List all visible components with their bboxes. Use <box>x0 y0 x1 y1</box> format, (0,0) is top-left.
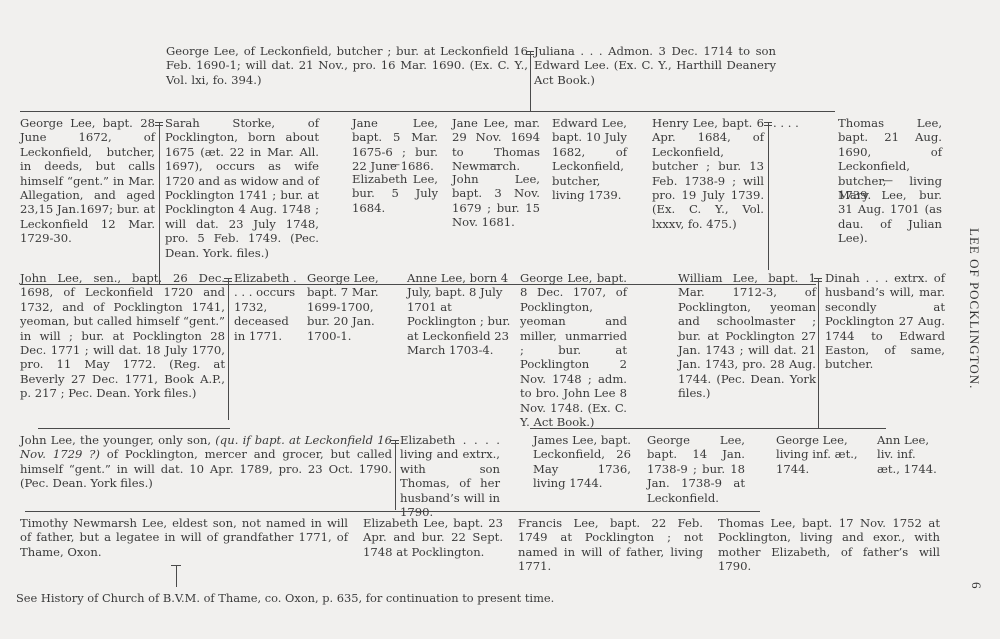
person-george-lee-inf: George Lee, living inf. æt., 1744. <box>776 433 860 476</box>
sibling-bar-gen5 <box>25 511 760 512</box>
person-william-lee: William Lee, bapt. 1 Mar. 1712-3, of Poc… <box>678 271 816 401</box>
sibling-bar-gen4a <box>38 428 230 429</box>
person-henry-lee: Henry Lee, bapt. 6 Apr. 1684, of Leckonf… <box>652 116 764 231</box>
person-edward-lee: Edward Lee, bapt. 10 July 1682, of Lecko… <box>552 116 627 202</box>
person-sarah-storke: Sarah Storke, of Pocklington, born about… <box>165 116 319 260</box>
person-james-lee: James Lee, bapt. Leckonfield, 26 May 173… <box>533 433 631 491</box>
page-number: 6 <box>968 582 984 590</box>
sibling-bar-gen4b <box>530 428 886 429</box>
descent-line <box>530 51 531 111</box>
person-francis-lee: Francis Lee, bapt. 22 Feb. 1749 at Pockl… <box>518 516 703 574</box>
descent-line <box>176 565 177 587</box>
person-mary-lee: Mary Lee, bur. 31 Aug. 1701 (as dau. of … <box>838 188 942 246</box>
separator: — <box>489 158 500 171</box>
continuation-note: See History of Church of B.V.M. of Thame… <box>16 591 636 605</box>
descent-line <box>159 122 160 284</box>
separator: — <box>882 174 893 187</box>
person-henry-wife: . . . . <box>773 116 813 130</box>
person-elizabeth-lee-1684: Elizabeth Lee, bur. 5 July 1684. <box>352 172 438 215</box>
person-juliana: Juliana . . . Admon. 3 Dec. 1714 to son … <box>534 44 776 87</box>
person-thomas-lee-1752: Thomas Lee, bapt. 17 Nov. 1752 at Pockli… <box>718 516 940 574</box>
person-dinah: Dinah . . . extrx. of husband’s will, ma… <box>825 271 945 372</box>
person-timothy-newmarsh-lee: Timothy Newmarsh Lee, eldest son, not na… <box>20 516 348 559</box>
person-elizabeth-wife-john: Elizabeth . . . . occurs 1732, deceased … <box>234 271 298 343</box>
person-john-lee-1679: John Lee, bapt. 3 Nov. 1679 ; bur. 15 No… <box>452 172 540 230</box>
person-john-lee-younger: John Lee, the younger, only son, (qu. if… <box>20 433 392 491</box>
person-anne-lee: Anne Lee, born 4 July, bapt. 8 July 1701… <box>407 271 511 357</box>
descent-line <box>395 440 396 510</box>
person-george-lee-1707: George Lee, bapt. 8 Dec. 1707, of Pockli… <box>520 271 627 429</box>
descent-line <box>228 278 229 420</box>
person-george-lee-1738: George Lee, bapt. 14 Jan. 1738-9 ; bur. … <box>647 433 745 505</box>
sibling-bar-gen2 <box>20 111 835 112</box>
person-elizabeth-lee-1748: Elizabeth Lee, bapt. 23 Apr. and bur. 22… <box>363 516 503 559</box>
person-ann-lee: Ann Lee, liv. inf. æt., 1744. <box>877 433 939 476</box>
person-george-lee-sr: George Lee, of Leckonfield, butcher ; bu… <box>166 44 528 87</box>
person-elizabeth-wife-john-younger: Elizabeth . . . . living and extrx., wit… <box>400 433 500 519</box>
person-john-lee-sen: John Lee, sen., bapt. 26 Dec. 1698, of L… <box>20 271 225 401</box>
descent-line <box>818 278 819 428</box>
person-george-lee-1672: George Lee, bapt. 28 June 1672, of Lecko… <box>20 116 155 246</box>
descent-line <box>768 122 769 270</box>
separator: — <box>389 158 400 171</box>
person-george-lee-1699: George Lee, bapt. 7 Mar. 1699-1700, bur.… <box>307 271 391 343</box>
running-title: LEE OF POCKLINGTON. <box>966 228 982 389</box>
